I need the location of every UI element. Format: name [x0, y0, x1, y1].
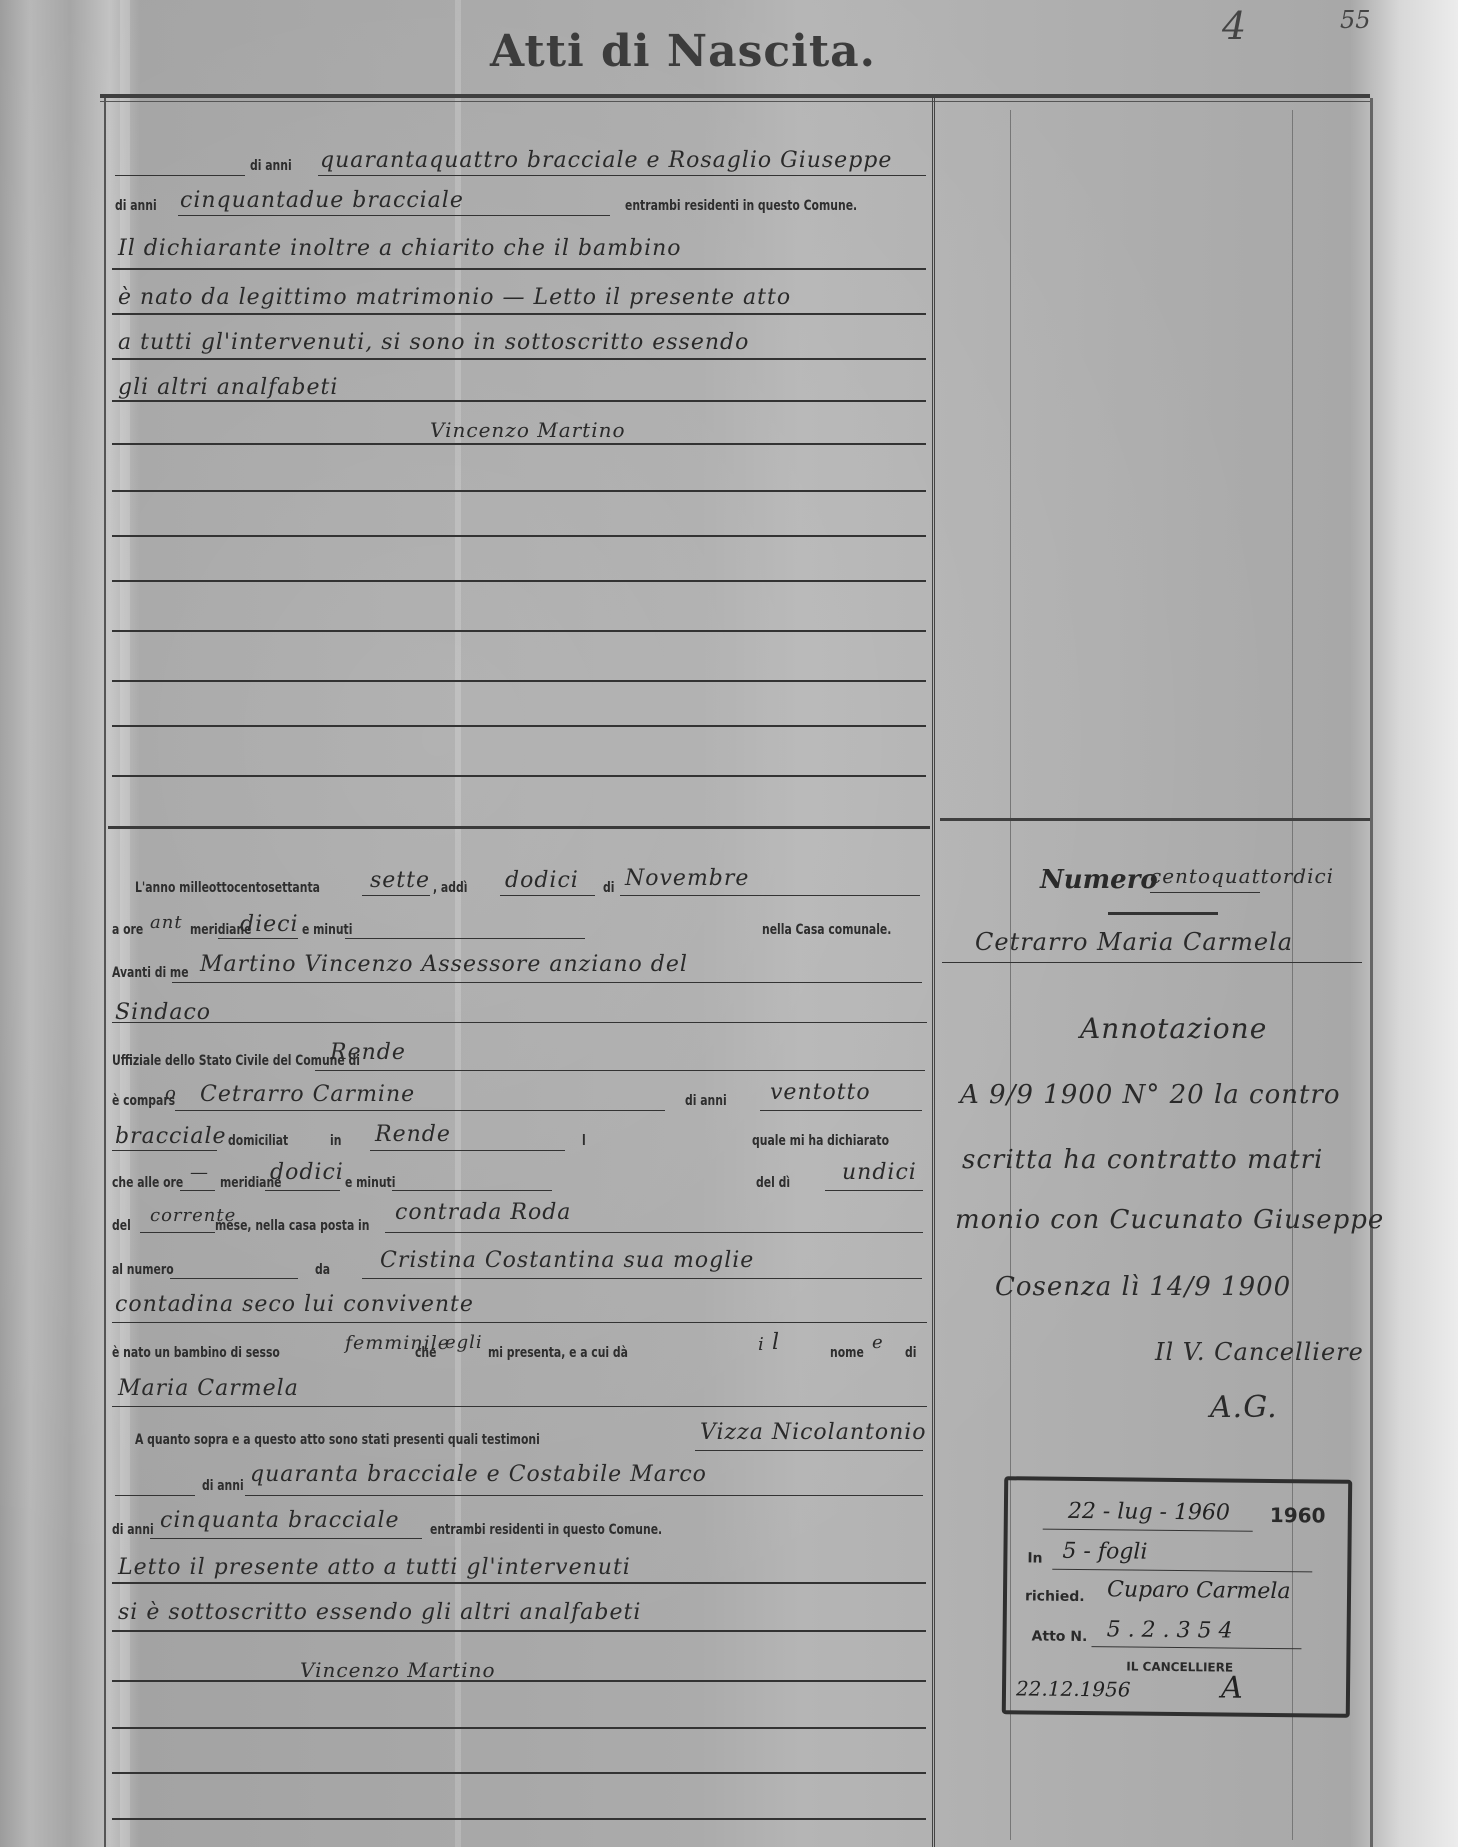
stamp-line: [1091, 1646, 1301, 1649]
blank-line: [362, 895, 430, 896]
label-del: del: [112, 1218, 131, 1234]
blank-line: [318, 175, 926, 176]
blank-line: [112, 1322, 927, 1323]
left-frame-line: [104, 98, 106, 1847]
blank-line: [140, 1232, 215, 1233]
stamp-bottom-date: 22.12.1956: [1016, 1676, 1131, 1701]
blank-line: [620, 895, 920, 896]
ruled-line: [112, 490, 926, 492]
stamp-in-value: 5 - fogli: [1062, 1539, 1147, 1565]
blank-line: [172, 982, 922, 983]
stamp-office: IL CANCELLIERE: [1126, 1659, 1233, 1674]
blank-line: [315, 1070, 925, 1071]
blank-line: [115, 1495, 195, 1496]
declarant-name: Cetrarro Carmine: [200, 1082, 415, 1107]
annotation-line: A 9/9 1900 N° 20 la contro: [960, 1080, 1341, 1110]
ruled-line: [112, 535, 926, 537]
officer-name: Martino Vincenzo Assessore anziano del: [200, 952, 688, 977]
annotation-initials: A.G.: [1210, 1390, 1278, 1425]
official-signature: Vincenzo Martino: [430, 418, 626, 442]
numero-value: centoquattordici: [1150, 864, 1334, 888]
blank-line: [1150, 892, 1260, 893]
label-minuti: e minuti: [345, 1175, 395, 1191]
che-value: egli: [445, 1332, 483, 1353]
label-che-alle-ore: che alle ore: [112, 1175, 183, 1191]
blank-line: [112, 1406, 927, 1407]
closing-line: Letto il presente atto a tutti gl'interv…: [118, 1555, 631, 1580]
page-mark-folio: 4: [1222, 4, 1246, 48]
label-di-anni: di anni: [202, 1478, 244, 1494]
witness2-details: cinquanta bracciale: [160, 1508, 400, 1533]
label-di-anni: di anni: [112, 1522, 154, 1538]
annotation-title: Annotazione: [1080, 1012, 1267, 1045]
label-addi: , addì: [433, 880, 467, 896]
label-a-ore: a ore: [112, 922, 143, 938]
birth-place-value: contrada Roda: [395, 1200, 571, 1225]
annotation-signature: Il V. Cancelliere: [1155, 1338, 1364, 1366]
page-mark-number: 55: [1340, 6, 1371, 34]
blank-line: [500, 895, 595, 896]
right-frame-line: [1370, 98, 1373, 1847]
label-uffiziale: Uffiziale dello Stato Civile del Comune …: [112, 1053, 360, 1069]
label-anno: L'anno milleottocentosettanta: [135, 880, 320, 896]
stamp-richiedente-label: richied.: [1025, 1588, 1085, 1605]
label-di: di: [603, 880, 614, 896]
mother-details: contadina seco lui convivente: [115, 1292, 474, 1317]
label-domiciliat: domiciliat: [228, 1133, 288, 1149]
declaration-line: Il dichiarante inoltre a chiarito che il…: [118, 236, 682, 261]
label-che: che: [415, 1345, 436, 1361]
blank-line: [115, 175, 245, 176]
label-nato: è nato un bambino di sesso: [112, 1345, 280, 1361]
blank-line: [392, 1190, 552, 1191]
column-divider: [932, 98, 935, 1847]
label-casa-comunale: nella Casa comunale.: [762, 922, 891, 938]
birth-hour-value: dodici: [270, 1160, 344, 1185]
stamp-line: [1043, 1529, 1253, 1532]
ruled-line: [112, 680, 926, 682]
label-di: di: [905, 1345, 916, 1361]
comune-value: Rende: [330, 1040, 406, 1065]
label-dichiarato: quale mi ha dichiarato: [752, 1133, 889, 1149]
declarant-occupation: bracciale: [115, 1124, 227, 1149]
annotation-line: scritta ha contratto matri: [962, 1145, 1323, 1175]
blank-line: [825, 1190, 923, 1191]
ruled-line: [112, 313, 926, 315]
domicile-value: Rende: [375, 1122, 451, 1147]
label-avanti-di-me: Avanti di me: [112, 965, 189, 981]
year-value: sette: [370, 868, 430, 893]
stamp-atto-label: Atto N.: [1031, 1628, 1087, 1645]
annotation-date: Cosenza lì 14/9 1900: [995, 1272, 1291, 1302]
top-border-rule-thin: [100, 101, 1370, 102]
label-residenti: entrambi residenti in questo Comune.: [430, 1522, 662, 1538]
ruled-line: [112, 1582, 926, 1584]
declarant-age: ventotto: [770, 1080, 871, 1105]
label-di-anni: di anni: [115, 198, 157, 214]
label-nome: nome: [830, 1345, 864, 1361]
child-name: Maria Carmela: [118, 1376, 299, 1401]
ruled-line: [112, 400, 926, 402]
blank-line: [942, 962, 1362, 963]
blank-line: [345, 938, 585, 939]
ruled-line: [112, 1818, 926, 1820]
top-border-rule: [100, 94, 1370, 98]
label-di-anni: di anni: [250, 158, 292, 174]
blank-line: [180, 1190, 215, 1191]
ruled-line: [112, 630, 926, 632]
blank-line: [218, 938, 298, 939]
blank-line: [385, 1232, 923, 1233]
hour-value: dieci: [240, 912, 299, 937]
stamp-in-label: In: [1027, 1550, 1042, 1566]
stamp-signature: A: [1221, 1670, 1243, 1705]
blank-line: [112, 1022, 927, 1023]
blank-line: [370, 1150, 565, 1151]
label-minuti: e minuti: [302, 922, 352, 938]
declaration-line: è nato da legittimo matrimonio — Letto i…: [118, 285, 791, 310]
witness1-details: quarantaquattro bracciale e Rosaglio Giu…: [320, 148, 892, 173]
label-di-anni: di anni: [685, 1093, 727, 1109]
ruled-line: [112, 725, 926, 727]
ruled-line: [112, 580, 926, 582]
official-signature: Vincenzo Martino: [300, 1658, 496, 1682]
witness2-details: cinquantadue bracciale: [180, 188, 464, 213]
blank-line: [175, 1110, 665, 1111]
closing-line: si è sottoscritto essendo gli altri anal…: [118, 1600, 641, 1625]
ante-value: ant: [150, 912, 183, 933]
label-i: i: [758, 1334, 765, 1355]
stamp-date: 22 - lug - 1960: [1068, 1499, 1230, 1526]
ruled-line: [112, 1727, 926, 1729]
ruled-line: [112, 1630, 926, 1632]
ampm-value: —: [190, 1162, 209, 1183]
label-in: in: [330, 1133, 341, 1149]
blank-line: [150, 1538, 422, 1539]
ruled-line: [112, 443, 926, 445]
blank-line: [265, 1190, 340, 1191]
numero-label: Numero: [1040, 865, 1158, 895]
blank-line: [760, 1110, 922, 1111]
day-value: dodici: [505, 868, 579, 893]
label-da: da: [315, 1262, 330, 1278]
blank-line: [1108, 912, 1218, 915]
birth-day-value: undici: [842, 1160, 917, 1185]
blank-line: [695, 1450, 923, 1451]
nome-suffix: e: [872, 1332, 884, 1353]
ruled-line: [112, 268, 926, 270]
ruled-line: [112, 1680, 926, 1682]
document-title: Atti di Nascita.: [490, 26, 876, 77]
label-presenta: mi presenta, e a cui dà: [488, 1345, 628, 1361]
ruled-line: [112, 1772, 926, 1774]
month-value: Novembre: [625, 866, 749, 891]
blank-line: [178, 215, 610, 216]
stamp-atto-value: 5 . 2 . 3 5 4: [1107, 1617, 1233, 1643]
il-value: l: [772, 1330, 780, 1355]
archive-stamp: 22 - lug - 1960 1960 In 5 - fogli richie…: [1002, 1476, 1352, 1718]
registered-child-name: Cetrarro Maria Carmela: [975, 928, 1293, 956]
section-divider: [108, 826, 930, 829]
label-al-numero: al numero: [112, 1262, 174, 1278]
stamp-richiedente-value: Cuparo Carmela: [1107, 1577, 1291, 1604]
mother-name: Cristina Costantina sua moglie: [380, 1248, 754, 1273]
stamp-year: 1960: [1270, 1503, 1326, 1528]
declaration-line: gli altri analfabeti: [118, 375, 338, 400]
label-del-di: del dì: [756, 1175, 790, 1191]
blank-line: [112, 1150, 217, 1151]
stamp-line: [1052, 1569, 1312, 1573]
blank-line: [362, 1278, 922, 1279]
annotation-line: monio con Cucunato Giuseppe: [955, 1205, 1384, 1235]
blank-line: [170, 1278, 298, 1279]
label-l: l: [582, 1133, 586, 1149]
label-testimoni: A quanto sopra e a questo atto sono stat…: [135, 1432, 540, 1448]
declaration-line: a tutti gl'intervenuti, si sono in sotto…: [118, 330, 749, 355]
comparso-suffix: o: [165, 1083, 177, 1104]
label-residenti: entrambi residenti in questo Comune.: [625, 198, 857, 214]
ruled-line: [112, 358, 926, 360]
blank-line: [245, 1495, 923, 1496]
label-mese-casa: mese, nella casa posta in: [215, 1218, 369, 1234]
ruled-line: [112, 775, 926, 777]
witness1-name: Vizza Nicolantonio: [700, 1420, 927, 1445]
witness-details: quaranta bracciale e Costabile Marco: [250, 1462, 707, 1487]
right-column-divider: [940, 818, 1370, 821]
